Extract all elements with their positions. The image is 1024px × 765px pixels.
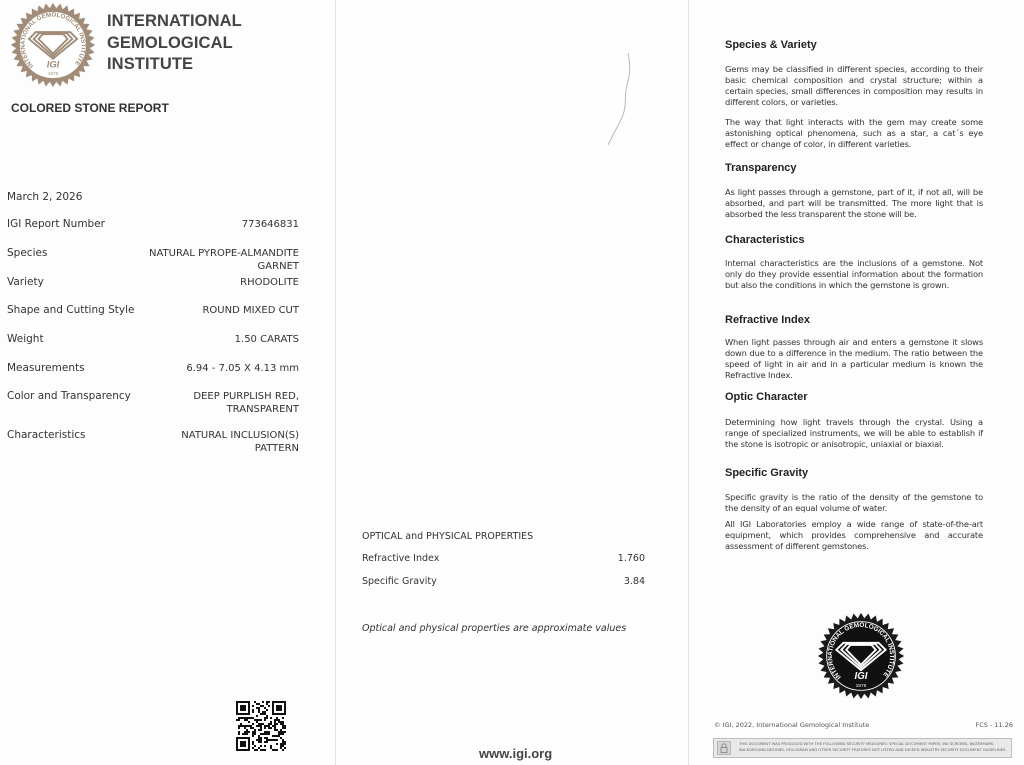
- field-value: NATURAL PYROPE-ALMANDITE GARNET: [149, 247, 299, 273]
- lock-icon: [717, 741, 731, 755]
- field-label: Variety: [7, 276, 44, 288]
- section-heading: Transparency: [725, 162, 797, 174]
- section-heading: Refractive Index: [725, 314, 810, 326]
- property-label: Refractive Index: [362, 553, 439, 564]
- section-heading: Optic Character: [725, 391, 808, 403]
- svg-text:IGI: IGI: [855, 671, 868, 682]
- field-value: 773646831: [242, 218, 299, 231]
- section-paragraph: Gems may be classified in different spec…: [725, 64, 983, 108]
- report-title: COLORED STONE REPORT: [11, 101, 169, 115]
- qr-code-icon[interactable]: [236, 701, 286, 751]
- org-name-line: INSTITUTE: [107, 54, 242, 76]
- section-paragraph: When light passes through air and enters…: [725, 337, 983, 381]
- security-notice-text: THIS DOCUMENT WAS PRODUCED WITH THE FOLL…: [739, 741, 1009, 753]
- section-paragraph: As light passes through a gemstone, part…: [725, 187, 983, 220]
- property-value: 1.760: [618, 553, 645, 564]
- field-label: Characteristics: [7, 429, 86, 441]
- form-code: FCS - 11.26: [976, 721, 1014, 729]
- security-notice-box: THIS DOCUMENT WAS PRODUCED WITH THE FOLL…: [713, 738, 1012, 758]
- field-value: 1.50 CARATS: [235, 333, 299, 346]
- fold-divider-left: [335, 0, 336, 765]
- field-value: RHODOLITE: [240, 276, 299, 289]
- fold-divider-right: [688, 0, 689, 765]
- svg-text:1975: 1975: [856, 683, 867, 689]
- report-date: March 2, 2026: [7, 191, 82, 203]
- section-paragraph: All IGI Laboratories employ a wide range…: [725, 519, 983, 552]
- igi-seal-stamp-icon: INTERNATIONAL GEMOLOGICAL INSTITUTEIGI19…: [817, 612, 905, 700]
- organization-name: INTERNATIONAL GEMOLOGICAL INSTITUTE: [107, 11, 242, 76]
- org-name-line: GEMOLOGICAL: [107, 33, 242, 55]
- property-value: 3.84: [624, 576, 645, 587]
- field-value: NATURAL INCLUSION(S) PATTERN: [181, 429, 299, 455]
- field-value: 6.94 - 7.05 X 4.13 mm: [186, 362, 299, 375]
- property-label: Specific Gravity: [362, 576, 437, 587]
- section-paragraph: Specific gravity is the ratio of the den…: [725, 492, 983, 514]
- field-label: Species: [7, 247, 47, 259]
- svg-text:1975: 1975: [48, 71, 59, 77]
- svg-text:IGI: IGI: [47, 59, 60, 70]
- website-link[interactable]: www.igi.org: [479, 746, 552, 761]
- section-paragraph: Determining how light travels through th…: [725, 417, 983, 450]
- section-heading: Species & Variety: [725, 39, 817, 51]
- field-label: Measurements: [7, 362, 85, 374]
- properties-title: OPTICAL and PHYSICAL PROPERTIES: [362, 531, 533, 542]
- field-value: ROUND MIXED CUT: [202, 304, 299, 317]
- section-heading: Specific Gravity: [725, 467, 808, 479]
- copyright-notice: © IGI, 2022, International Gemological I…: [714, 721, 869, 729]
- field-label: IGI Report Number: [7, 218, 105, 230]
- field-label: Shape and Cutting Style: [7, 304, 134, 316]
- field-label: Weight: [7, 333, 44, 345]
- field-label: Color and Transparency: [7, 390, 131, 402]
- section-heading: Characteristics: [725, 234, 805, 246]
- section-paragraph: Internal characteristics are the inclusi…: [725, 258, 983, 291]
- paper-crease: [600, 50, 640, 150]
- approximation-note: Optical and physical properties are appr…: [362, 623, 626, 634]
- igi-seal-logo-icon: INTERNATIONAL GEMOLOGICAL INSTITUTEIGI19…: [10, 2, 96, 88]
- org-name-line: INTERNATIONAL: [107, 11, 242, 33]
- field-value: DEEP PURPLISH RED, TRANSPARENT: [193, 390, 299, 416]
- section-paragraph: The way that light interacts with the ge…: [725, 117, 983, 150]
